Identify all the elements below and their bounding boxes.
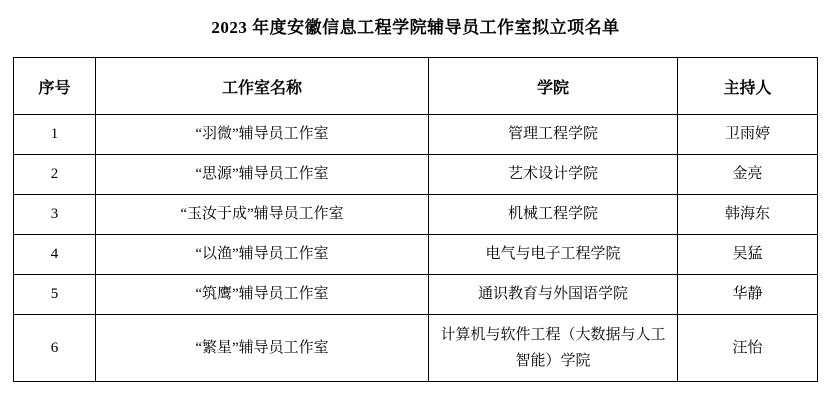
cell-studio: “玉汝于成”辅导员工作室 — [96, 195, 429, 235]
project-roster-table: 序号 工作室名称 学院 主持人 1 “羽微”辅导员工作室 管理工程学院 卫雨婷 … — [13, 57, 818, 382]
cell-seq: 5 — [14, 275, 96, 315]
cell-studio: “羽微”辅导员工作室 — [96, 115, 429, 155]
col-header-seq: 序号 — [14, 58, 96, 115]
cell-studio: “繁星”辅导员工作室 — [96, 315, 429, 382]
cell-host: 吴猛 — [678, 235, 818, 275]
table-row: 3 “玉汝于成”辅导员工作室 机械工程学院 韩海东 — [14, 195, 818, 235]
cell-seq: 4 — [14, 235, 96, 275]
document-page: 2023 年度安徽信息工程学院辅导员工作室拟立项名单 序号 工作室名称 学院 主… — [0, 0, 831, 394]
cell-host: 汪怡 — [678, 315, 818, 382]
table-row: 2 “思源”辅导员工作室 艺术设计学院 金亮 — [14, 155, 818, 195]
cell-college: 计算机与软件工程（大数据与人工智能）学院 — [429, 315, 678, 382]
cell-seq: 6 — [14, 315, 96, 382]
cell-seq: 1 — [14, 115, 96, 155]
page-title: 2023 年度安徽信息工程学院辅导员工作室拟立项名单 — [0, 0, 831, 38]
cell-college: 艺术设计学院 — [429, 155, 678, 195]
cell-college: 管理工程学院 — [429, 115, 678, 155]
cell-studio: “筑鹰”辅导员工作室 — [96, 275, 429, 315]
cell-college: 电气与电子工程学院 — [429, 235, 678, 275]
cell-host: 华静 — [678, 275, 818, 315]
cell-seq: 2 — [14, 155, 96, 195]
cell-studio: “以渔”辅导员工作室 — [96, 235, 429, 275]
col-header-college: 学院 — [429, 58, 678, 115]
cell-college: 通识教育与外国语学院 — [429, 275, 678, 315]
cell-college: 机械工程学院 — [429, 195, 678, 235]
col-header-studio: 工作室名称 — [96, 58, 429, 115]
cell-host: 金亮 — [678, 155, 818, 195]
cell-studio: “思源”辅导员工作室 — [96, 155, 429, 195]
table-row: 1 “羽微”辅导员工作室 管理工程学院 卫雨婷 — [14, 115, 818, 155]
col-header-host: 主持人 — [678, 58, 818, 115]
cell-host: 韩海东 — [678, 195, 818, 235]
table-header-row: 序号 工作室名称 学院 主持人 — [14, 58, 818, 115]
table-row: 4 “以渔”辅导员工作室 电气与电子工程学院 吴猛 — [14, 235, 818, 275]
table-row: 6 “繁星”辅导员工作室 计算机与软件工程（大数据与人工智能）学院 汪怡 — [14, 315, 818, 382]
table-row: 5 “筑鹰”辅导员工作室 通识教育与外国语学院 华静 — [14, 275, 818, 315]
cell-seq: 3 — [14, 195, 96, 235]
cell-host: 卫雨婷 — [678, 115, 818, 155]
